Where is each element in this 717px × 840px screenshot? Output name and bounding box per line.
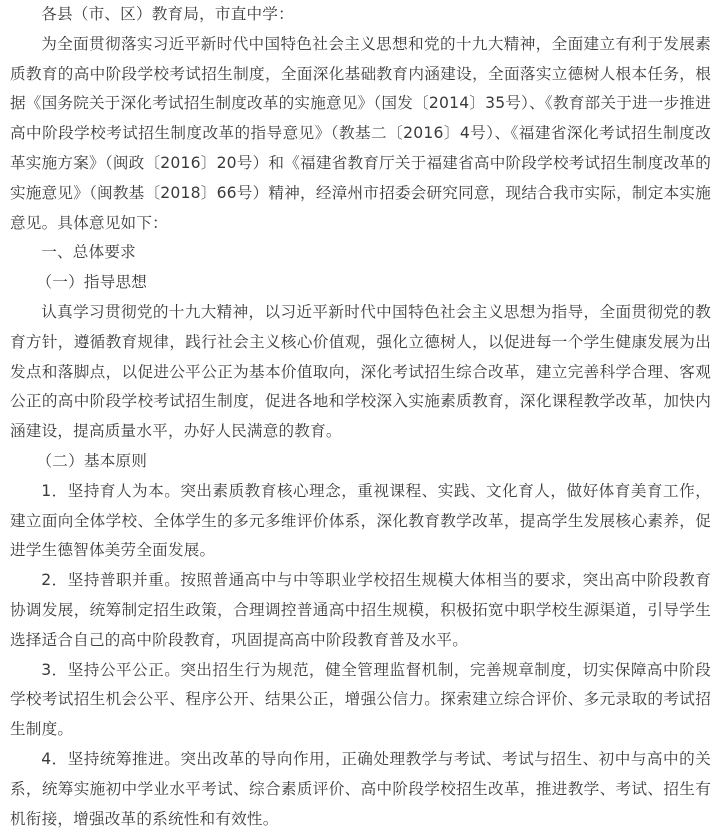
principle-paragraph-3: 3．坚持公平公正。突出招生行为规范，健全管理监督机制，完善规章制度，切实保障高中…	[10, 656, 711, 745]
intro-paragraph: 为全面贯彻落实习近平新时代中国特色社会主义思想和党的十九大精神，全面建立有利于发…	[10, 30, 711, 239]
document-body: 各县（市、区）教育局，市直中学： 为全面贯彻落实习近平新时代中国特色社会主义思想…	[0, 0, 717, 834]
principle-paragraph-1: 1．坚持育人为本。突出素质教育核心理念，重视课程、实践、文化育人，做好体育美育工…	[10, 477, 711, 566]
principle-paragraph-2: 2．坚持普职并重。按照普通高中与中等职业学校招生规模大体相当的要求，突出高中阶段…	[10, 566, 711, 655]
guiding-thought-paragraph: 认真学习贯彻党的十九大精神，以习近平新时代中国特色社会主义思想为指导，全面贯彻党…	[10, 298, 711, 447]
salutation: 各县（市、区）教育局，市直中学：	[10, 0, 711, 30]
principle-paragraph-4: 4．坚持统筹推进。突出改革的导向作用，正确处理教学与考试、考试与招生、初中与高中…	[10, 745, 711, 834]
subsection-heading-guiding-thought: （一）指导思想	[10, 268, 711, 298]
subsection-heading-basic-principles: （二）基本原则	[10, 447, 711, 477]
section-heading-general-requirements: 一、总体要求	[10, 238, 711, 268]
